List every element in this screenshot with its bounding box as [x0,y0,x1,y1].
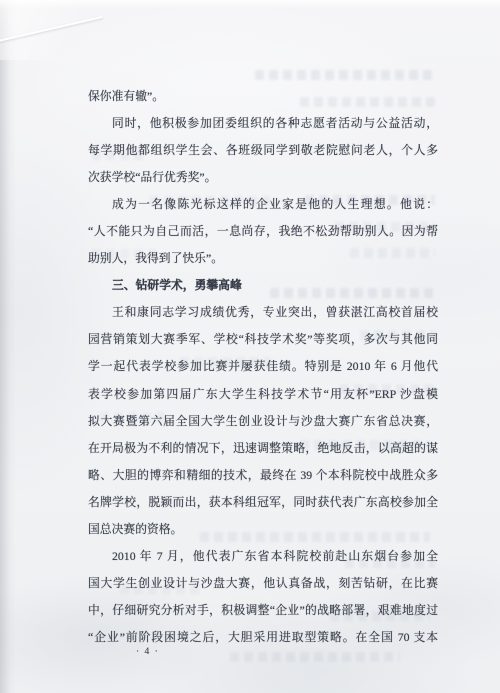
bleed-through-text [230,652,400,662]
paragraph-line: 略、大胆的博弈和精细的技术，最终在 39 个本科院校中战胜众多 [88,462,438,489]
scanned-document-page: 保你准有辙”。同时，他积极参加团委组织的各种志愿者活动与公益活动，每学期他都组织… [0,0,500,693]
paragraph-line: “人不能只为自己而活，一息尚存，我绝不松劲帮助别人。因为帮 [88,218,438,245]
page-top-edge-highlight [0,0,500,9]
bleed-through-text [255,70,435,80]
paragraph-line: 2010 年 7 月，他代表广东省本科院校前赴山东烟台参加全 [88,543,438,570]
paragraph-line: 中，仔细研究分析对手，积极调整“企业”的战略部署，艰难地度过 [88,597,438,624]
paragraph-line: 同时，他积极参加团委组织的各种志愿者活动与公益活动， [88,110,438,137]
paragraph-line: 成为一名像陈光标这样的企业家是他的人生理想。他说： [88,191,438,218]
paragraph-line: 表学校参加第四届广东大学生科技学术节“用友杯”ERP 沙盘模 [88,381,438,408]
paragraph-line: 每学期他都组织学生会、各班级同学到敬老院慰问老人，个人多 [88,137,438,164]
paragraph-line: 名牌学校，脱颖而出，获本科组冠军，同时获代表广东高校参加全 [88,489,438,516]
paragraph-line: 次获学校“品行优秀奖”。 [88,164,438,191]
paragraph-line: 在开局极为不利的情况下，迅速调整策略，绝地反击，以高超的谋 [88,435,438,462]
corner-fold [0,0,110,60]
paragraph-line: 国总决赛的资格。 [88,516,438,543]
paragraph-line: 国大学生创业设计与沙盘大赛，他认真备战，刻苦钻研，在比赛 [88,570,438,597]
page-left-edge-shadow [0,0,16,693]
page-number: · 4 · [136,647,159,657]
text-block: 保你准有辙”。同时，他积极参加团委组织的各种志愿者活动与公益活动，每学期他都组织… [88,83,438,651]
paragraph-line: 园营销策划大赛季军、学校“科技学术奖”等奖项，多次与其他同 [88,326,438,353]
paragraph-line: 助别人，我得到了快乐”。 [88,245,438,272]
paragraph-line: 学一起代表学校参加比赛并屡获佳绩。特别是 2010 年 6 月他代 [88,353,438,380]
section-heading: 三、钻研学术，勇攀高峰 [88,272,438,299]
paragraph-line: 拟大赛暨第六届全国大学生创业设计与沙盘大赛广东省总决赛， [88,408,438,435]
paragraph-line: 王和康同志学习成绩优秀，专业突出，曾获湛江高校首届校 [88,299,438,326]
crease-line [0,16,103,42]
paragraph-line: 保你准有辙”。 [88,83,438,110]
